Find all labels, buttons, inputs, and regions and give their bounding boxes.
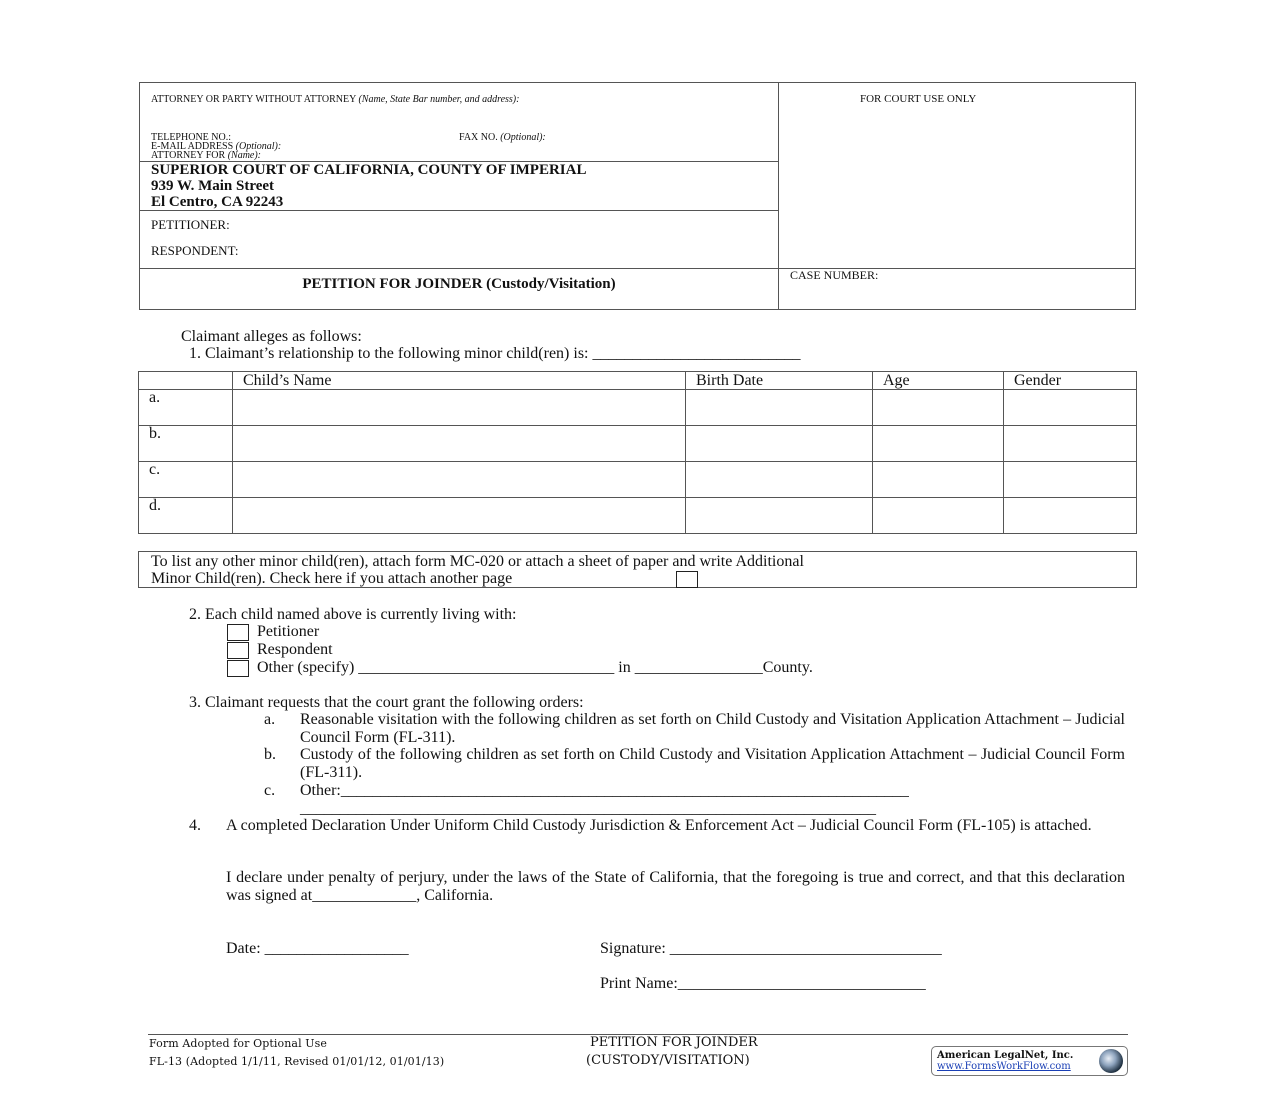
declaration-text: I declare under penalty of perjury, unde…: [226, 869, 1125, 904]
age-cell[interactable]: [873, 498, 1004, 534]
order-b-text: Custody of the following children as set…: [300, 746, 1125, 781]
birth-date-cell[interactable]: [686, 462, 873, 498]
respondent-label: RESPONDENT:: [151, 243, 238, 259]
col-header-name: Child’s Name: [233, 372, 686, 390]
child-name-cell[interactable]: [233, 426, 686, 462]
table-header-row: Child’s Name Birth Date Age Gender: [139, 372, 1137, 390]
order-b-letter: b.: [264, 746, 276, 764]
birth-date-cell[interactable]: [686, 426, 873, 462]
footer-title-line-2: (CUSTODY/VISITATION): [586, 1053, 750, 1068]
attorney-field[interactable]: [140, 106, 777, 128]
order-c-letter: c.: [264, 782, 275, 800]
age-cell[interactable]: [873, 390, 1004, 426]
col-header-age: Age: [873, 372, 1004, 390]
gender-cell[interactable]: [1004, 426, 1137, 462]
order-a-letter: a.: [264, 711, 275, 729]
petitioner-label: PETITIONER:: [151, 217, 230, 233]
table-row: d.: [139, 498, 1137, 534]
table-row: a.: [139, 390, 1137, 426]
children-table: Child’s Name Birth Date Age Gender a. b.…: [138, 371, 1137, 534]
item-2-living-with: 2. Each child named above is currently l…: [189, 606, 516, 624]
other-checkbox[interactable]: [227, 660, 249, 677]
date-field[interactable]: Date: __________________: [226, 940, 409, 958]
gender-cell[interactable]: [1004, 462, 1137, 498]
col-header-label: [139, 372, 233, 390]
court-use-label: FOR COURT USE ONLY: [860, 93, 976, 105]
petitioner-field[interactable]: [260, 214, 770, 234]
row-label: d.: [139, 498, 233, 534]
col-header-gender: Gender: [1004, 372, 1137, 390]
age-cell[interactable]: [873, 462, 1004, 498]
court-street: 939 W. Main Street: [151, 178, 274, 194]
attorney-label: ATTORNEY OR PARTY WITHOUT ATTORNEY (Name…: [151, 94, 519, 105]
footer-form-id: FL-13 (Adopted 1/1/11, Revised 01/01/12,…: [149, 1055, 444, 1068]
logo-url-link[interactable]: www.FormsWorkFlow.com: [937, 1061, 1071, 1072]
intro-text: Claimant alleges as follows:: [181, 328, 362, 346]
attorney-for-label: ATTORNEY FOR (Name):: [151, 150, 261, 161]
order-c-other-field[interactable]: Other:__________________________________…: [300, 782, 909, 800]
col-header-birth-date: Birth Date: [686, 372, 873, 390]
child-name-cell[interactable]: [233, 498, 686, 534]
court-name: SUPERIOR COURT OF CALIFORNIA, COUNTY OF …: [151, 162, 586, 178]
order-c-other-continuation[interactable]: ________________________________________…: [300, 800, 876, 818]
item-4-text: A completed Declaration Under Uniform Ch…: [226, 817, 1125, 835]
petitioner-checkbox[interactable]: [227, 624, 249, 641]
item-3-orders: 3. Claimant requests that the court gran…: [189, 694, 584, 712]
footer-adopted: Form Adopted for Optional Use: [149, 1037, 327, 1050]
print-name-field[interactable]: Print Name:_____________________________…: [600, 975, 926, 993]
court-city: El Centro, CA 92243: [151, 194, 283, 210]
child-name-cell[interactable]: [233, 462, 686, 498]
american-legalnet-logo[interactable]: American LegalNet, Inc. www.FormsWorkFlo…: [931, 1046, 1128, 1076]
age-cell[interactable]: [873, 426, 1004, 462]
footer-title-line-1: PETITION FOR JOINDER: [590, 1035, 758, 1050]
signature-field[interactable]: Signature: _____________________________…: [600, 940, 942, 958]
order-a-text: Reasonable visitation with the following…: [300, 711, 1125, 746]
birth-date-cell[interactable]: [686, 498, 873, 534]
row-label: b.: [139, 426, 233, 462]
item-4-number: 4.: [189, 817, 201, 835]
case-number-label: CASE NUMBER:: [790, 268, 878, 283]
respondent-option-label: Respondent: [257, 641, 333, 659]
case-number-field[interactable]: [790, 285, 1130, 305]
other-option-label: Other (specify) ________________________…: [257, 659, 813, 677]
logo-company-name: American LegalNet, Inc.: [937, 1050, 1073, 1061]
globe-icon: [1099, 1049, 1123, 1073]
gender-cell[interactable]: [1004, 390, 1137, 426]
child-name-cell[interactable]: [233, 390, 686, 426]
birth-date-cell[interactable]: [686, 390, 873, 426]
attach-page-checkbox[interactable]: [676, 571, 698, 588]
row-label: c.: [139, 462, 233, 498]
respondent-field[interactable]: [270, 240, 770, 260]
petitioner-option-label: Petitioner: [257, 623, 319, 641]
form-title: PETITION FOR JOINDER (Custody/Visitation…: [140, 276, 778, 293]
respondent-checkbox[interactable]: [227, 642, 249, 659]
row-label: a.: [139, 390, 233, 426]
table-row: b.: [139, 426, 1137, 462]
item-1-relationship: 1. Claimant’s relationship to the follow…: [189, 345, 801, 363]
attach-note-line-1: To list any other minor child(ren), atta…: [151, 553, 804, 571]
table-row: c.: [139, 462, 1137, 498]
attach-note-line-2: Minor Child(ren). Check here if you atta…: [151, 570, 512, 588]
gender-cell[interactable]: [1004, 498, 1137, 534]
fax-label: FAX NO. (Optional):: [459, 132, 546, 143]
